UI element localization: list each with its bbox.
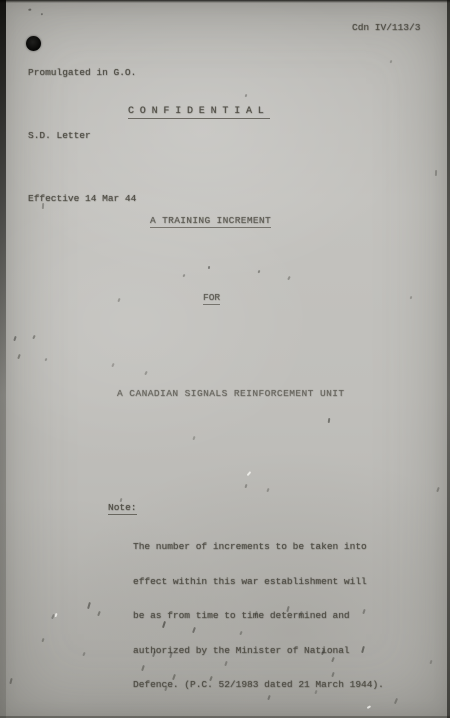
- note-label: Note:: [108, 502, 137, 513]
- paper-speck: [13, 336, 16, 341]
- paper-speck: [436, 487, 439, 492]
- paper-speck: [257, 270, 260, 273]
- note-line: Defence. (P.C. 52/1983 dated 21 March 19…: [133, 679, 384, 691]
- paper-speck: [287, 276, 290, 280]
- paper-speck: [51, 614, 55, 619]
- paper-speck: [82, 652, 85, 656]
- paper-speck: [182, 274, 185, 277]
- paper-speck: [87, 602, 90, 609]
- paper-speck: [410, 296, 413, 299]
- paper-speck: [28, 8, 31, 10]
- unit-name: A CANADIAN SIGNALS REINFORCEMENT UNIT: [117, 388, 345, 399]
- paper-speck: [429, 660, 432, 664]
- paper-speck: [144, 371, 147, 375]
- paper-speck: [247, 471, 251, 476]
- document-title: A TRAINING INCREMENT: [150, 215, 271, 228]
- paper-speck: [41, 638, 44, 642]
- reference-number: Cdn IV/113/3: [352, 22, 420, 33]
- paper-speck: [17, 354, 20, 359]
- paper-speck: [97, 611, 100, 616]
- paper-speck: [54, 613, 57, 617]
- paper-speck: [389, 60, 392, 63]
- promulgated-line: Promulgated in G.O.: [28, 62, 136, 83]
- note-label-text: Note:: [108, 502, 137, 515]
- paper-speck: [244, 484, 247, 488]
- paper-speck: [328, 418, 330, 423]
- scan-edge-top: [0, 0, 450, 3]
- for-label: FOR: [203, 292, 220, 305]
- paper-speck: [266, 488, 269, 492]
- scan-edge-left: [0, 0, 6, 718]
- paper-speck: [117, 298, 120, 302]
- paper-speck: [394, 698, 398, 704]
- note-line: be as from time to time determined and: [133, 610, 384, 622]
- note-line: The number of increments to be taken int…: [133, 541, 384, 553]
- paper-speck: [245, 94, 248, 97]
- paper-speck: [32, 335, 35, 339]
- paper-speck: [111, 363, 114, 367]
- paper-speck: [208, 266, 210, 269]
- scanned-document-page: Promulgated in G.O. S.D. Letter Effectiv…: [0, 0, 450, 718]
- paper-speck: [41, 13, 43, 15]
- paper-speck: [44, 358, 47, 361]
- note-paragraph: The number of increments to be taken int…: [133, 518, 384, 714]
- paper-speck: [9, 678, 12, 684]
- paper-speck: [192, 436, 195, 440]
- effective-date-line: Effective 14 Mar 44: [28, 188, 136, 209]
- sd-letter-line: S.D. Letter: [28, 125, 136, 146]
- classification-heading: CONFIDENTIAL: [128, 106, 270, 119]
- note-line: effect within this war establishment wil…: [133, 576, 384, 588]
- hole-punch-mark: [26, 36, 41, 51]
- note-line: authorized by the Minister of National: [133, 645, 384, 657]
- paper-speck: [435, 170, 437, 176]
- promulgation-block: Promulgated in G.O. S.D. Letter Effectiv…: [28, 20, 136, 251]
